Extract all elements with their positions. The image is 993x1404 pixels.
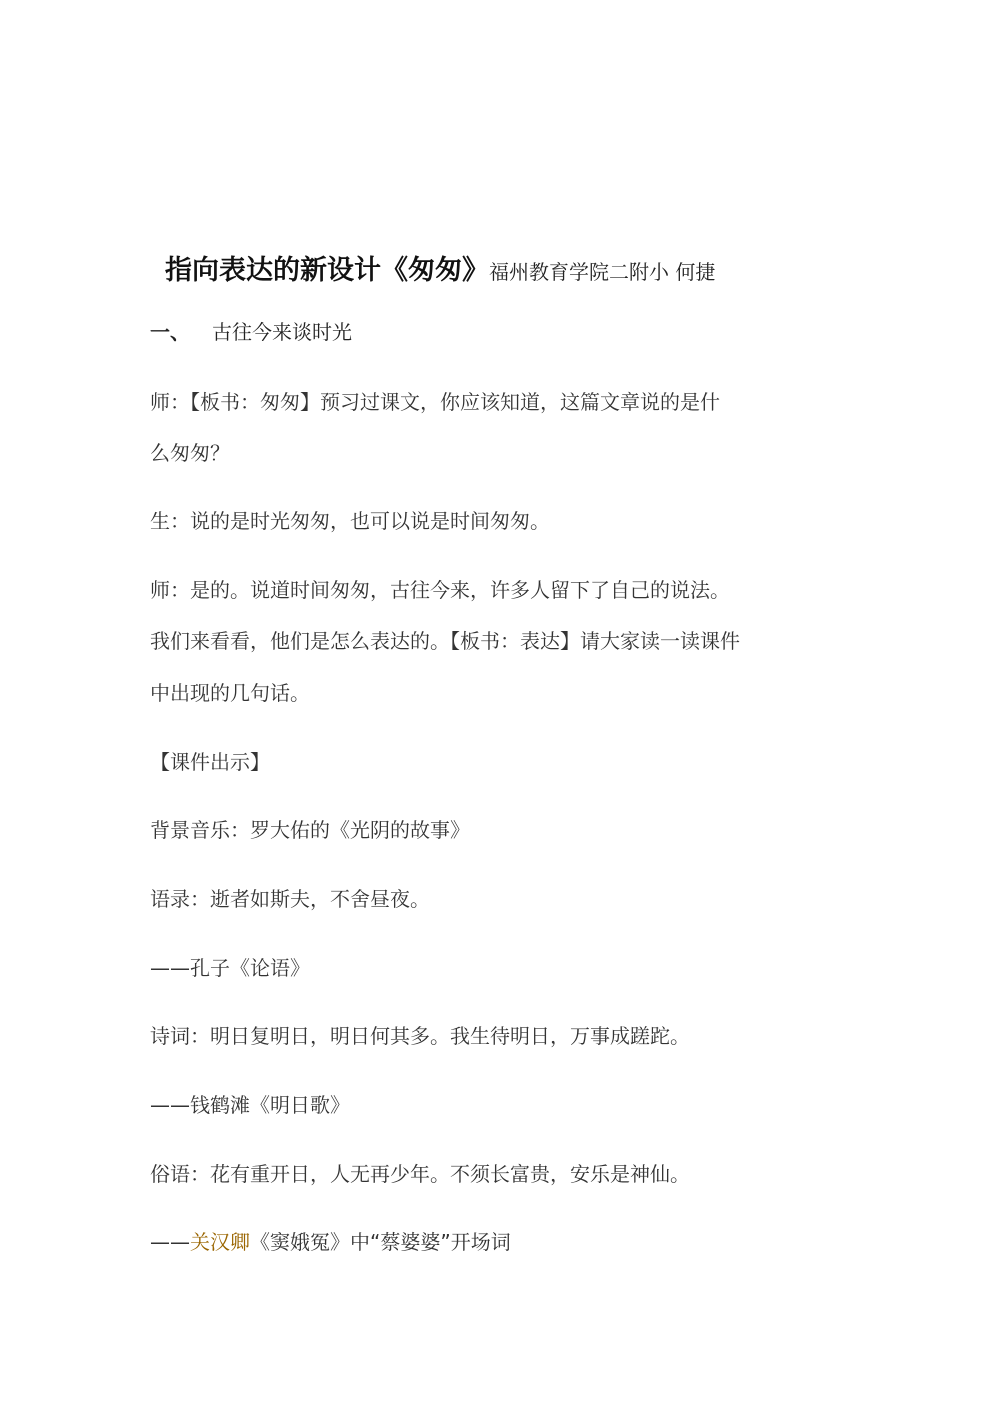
- paragraph-line: 我们来看看，他们是怎么表达的。【板书：表达】请大家读一读课件: [150, 629, 740, 653]
- quote-attribution: ——钱鹤滩《明日歌》: [150, 1093, 350, 1117]
- attribution-dash: ——: [150, 1230, 190, 1254]
- attribution-source: 《窦娥冤》中“蔡婆婆”开场词: [250, 1230, 511, 1254]
- paragraph-line: 师：【板书：匆匆】预习过课文，你应该知道，这篇文章说的是什: [150, 390, 720, 414]
- quote-attribution: ——关汉卿《窦娥冤》中“蔡婆婆”开场词: [150, 1230, 511, 1254]
- section-title: 古往今来谈时光: [212, 320, 352, 344]
- paragraph-line: 背景音乐：罗大佑的《光阴的故事》: [150, 818, 470, 842]
- document-page: 指向表达的新设计《匆匆》福州教育学院二附小 何捷 一、古往今来谈时光 师：【板书…: [0, 0, 993, 1404]
- paragraph-line: 生：说的是时光匆匆，也可以说是时间匆匆。: [150, 509, 550, 533]
- document-title: 指向表达的新设计《匆匆》福州教育学院二附小 何捷: [165, 248, 715, 287]
- quote-line: 诗词：明日复明日，明日何其多。我生待明日，万事成蹉跎。: [150, 1024, 690, 1048]
- paragraph-line: 师：是的。说道时间匆匆，古往今来，许多人留下了自己的说法。: [150, 578, 730, 602]
- quote-line: 语录：逝者如斯夫，不舍昼夜。: [150, 887, 430, 911]
- title-main: 指向表达的新设计《匆匆》: [165, 255, 489, 286]
- paragraph-line: 么匆匆？: [150, 441, 230, 465]
- section-heading: 一、古往今来谈时光: [150, 320, 352, 344]
- courseware-label: 【课件出示】: [150, 750, 270, 774]
- quote-line: 俗语：花有重开日，人无再少年。不须长富贵，安乐是神仙。: [150, 1162, 690, 1186]
- section-number: 一、: [150, 320, 190, 344]
- author-link[interactable]: 关汉卿: [190, 1230, 250, 1254]
- quote-attribution: ——孔子《论语》: [150, 956, 310, 980]
- paragraph-line: 中出现的几句话。: [150, 681, 310, 705]
- title-author: 福州教育学院二附小 何捷: [489, 260, 715, 284]
